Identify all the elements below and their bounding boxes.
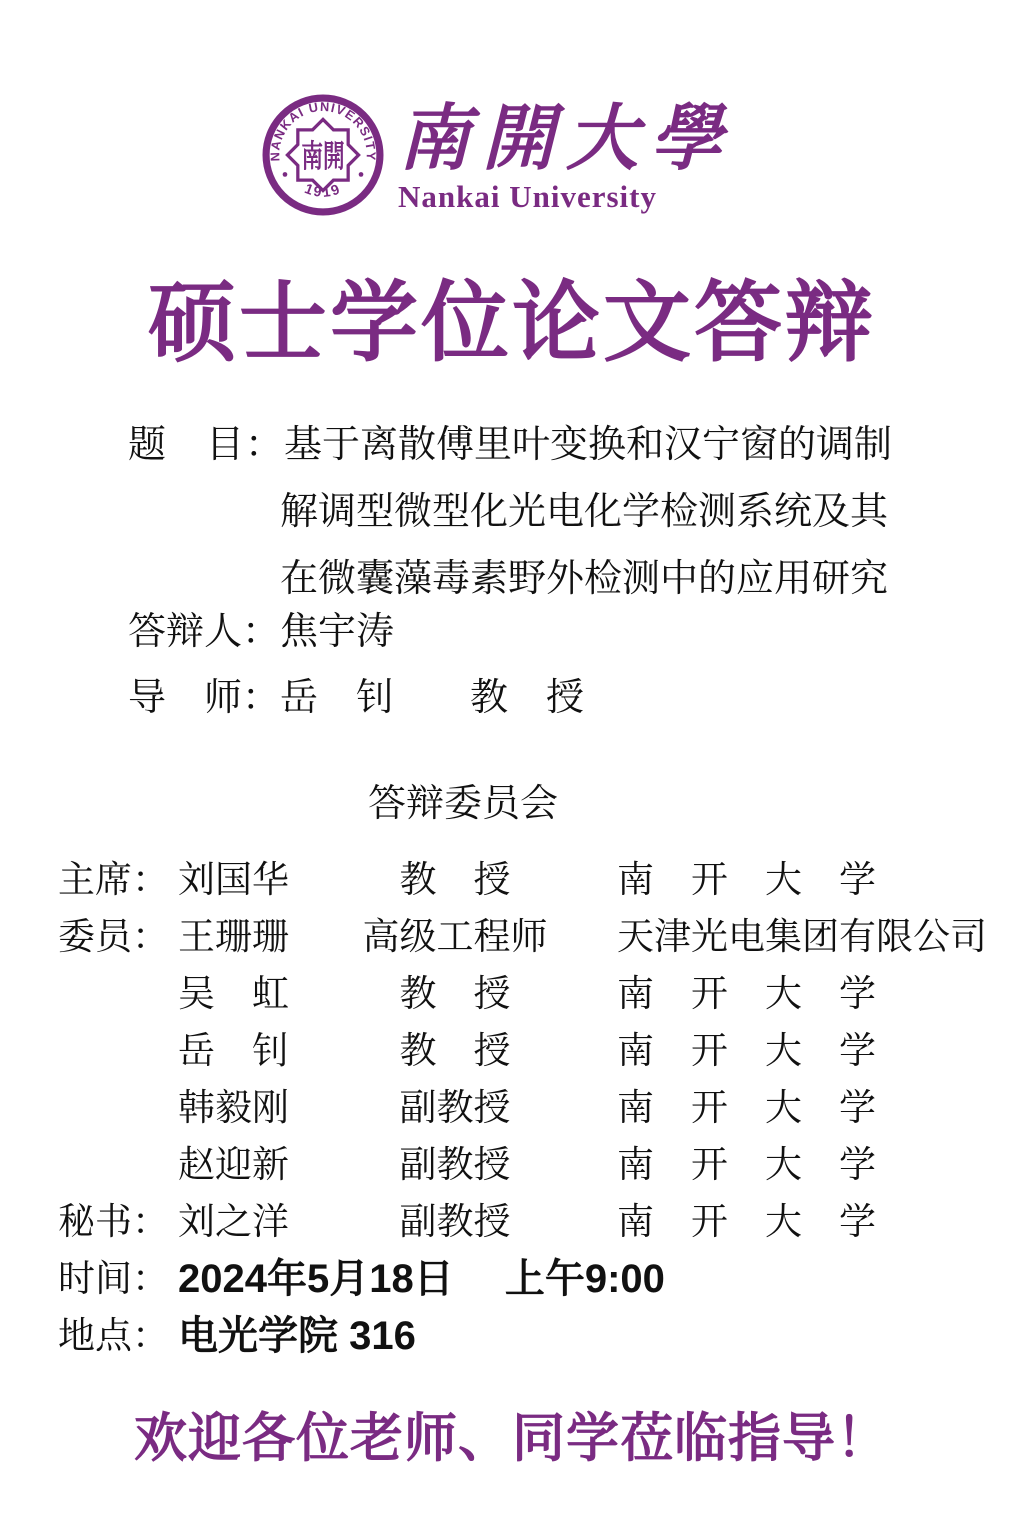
committee-member-name: 王珊珊	[178, 909, 360, 966]
thesis-defense-poster: NANKAI UNIVERSITY 1919 南開 南開大學 Nankai Un…	[0, 0, 1024, 1536]
committee-row-member: 岳 钊 教 授 南 开 大 学	[58, 1023, 988, 1080]
place-value: 电光学院 316	[178, 1308, 416, 1365]
committee-role: 秘书：	[58, 1194, 178, 1251]
committee-role	[58, 966, 178, 1023]
committee-row-secretary: 秘书： 刘之洋 副教授 南 开 大 学	[58, 1194, 988, 1251]
committee-row-member: 韩毅刚 副教授 南 开 大 学	[58, 1080, 988, 1137]
place-label: 地点：	[58, 1308, 178, 1365]
committee-member-title: 教 授	[360, 1023, 550, 1080]
committee-member-affiliation: 南 开 大 学	[617, 1137, 988, 1194]
committee-member-affiliation: 南 开 大 学	[617, 1080, 988, 1137]
thesis-topic-block: 题 目：基于离散傅里叶变换和汉宁窗的调制 解调型微型化光电化学检测系统及其 在微…	[128, 412, 892, 613]
committee-role	[58, 1080, 178, 1137]
committee-member-name: 赵迎新	[178, 1137, 360, 1194]
welcome-banner: 欢迎各位老师、同学莅临指导！	[0, 1406, 1024, 1472]
committee-member-title: 教 授	[360, 852, 550, 909]
committee-table: 主席： 刘国华 教 授 南 开 大 学 委员： 王珊珊 高级工程师 天津光电集团…	[58, 852, 988, 1365]
page-title: 硕士学位论文答辩	[0, 268, 1024, 378]
topic-label: 题 目：	[128, 424, 284, 466]
schedule-time-row: 时间： 2024年5月18日 上午9:00	[58, 1251, 988, 1308]
committee-member-title: 副教授	[360, 1194, 550, 1251]
committee-member-affiliation: 南 开 大 学	[617, 852, 988, 909]
committee-role	[58, 1023, 178, 1080]
committee-member-name: 岳 钊	[178, 1023, 360, 1080]
committee-row-member: 吴 虹 教 授 南 开 大 学	[58, 966, 988, 1023]
committee-member-title: 高级工程师	[360, 909, 550, 966]
committee-role: 主席：	[58, 852, 178, 909]
defender-line: 答辩人：焦宇涛	[128, 608, 394, 656]
committee-member-title: 教 授	[360, 966, 550, 1023]
time-label: 时间：	[58, 1251, 178, 1308]
committee-member-affiliation: 天津光电集团有限公司	[617, 909, 988, 966]
committee-member-name: 刘之洋	[178, 1194, 360, 1251]
seal-right-dot	[359, 172, 364, 177]
defender-label: 答辩人：	[128, 611, 280, 653]
seal-svg: NANKAI UNIVERSITY 1919 南開	[262, 94, 384, 216]
committee-member-affiliation: 南 开 大 学	[617, 1194, 988, 1251]
advisor-name-title: 岳 钊 教 授	[280, 677, 584, 719]
committee-member-name: 韩毅刚	[178, 1080, 360, 1137]
topic-text-1: 基于离散傅里叶变换和汉宁窗的调制	[284, 424, 892, 466]
schedule-place-row: 地点： 电光学院 316	[58, 1308, 988, 1365]
committee-member-title: 副教授	[360, 1080, 550, 1137]
committee-member-affiliation: 南 开 大 学	[617, 966, 988, 1023]
committee-role: 委员：	[58, 909, 178, 966]
nankai-university-seal-logo: NANKAI UNIVERSITY 1919 南開	[262, 94, 384, 216]
advisor-line: 导 师：岳 钊 教 授	[128, 674, 584, 722]
committee-row-chair: 主席： 刘国华 教 授 南 开 大 学	[58, 852, 988, 909]
defender-name: 焦宇涛	[280, 611, 394, 653]
committee-member-name: 刘国华	[178, 852, 360, 909]
topic-line-2: 解调型微型化光电化学检测系统及其	[128, 479, 892, 546]
committee-row-member: 赵迎新 副教授 南 开 大 学	[58, 1137, 988, 1194]
seal-left-dot	[283, 172, 288, 177]
committee-member-title: 副教授	[360, 1137, 550, 1194]
logo-wordmark: 南開大學 Nankai University	[398, 98, 734, 214]
time-value: 2024年5月18日 上午9:00	[178, 1251, 665, 1308]
committee-member-name: 吴 虹	[178, 966, 360, 1023]
committee-heading: 答辩委员会	[368, 780, 558, 828]
committee-role	[58, 1137, 178, 1194]
committee-row-member: 委员： 王珊珊 高级工程师 天津光电集团有限公司	[58, 909, 988, 966]
university-name-latin: Nankai University	[398, 180, 734, 214]
university-name-calligraphy: 南開大學	[398, 98, 734, 180]
topic-line-1: 题 目：基于离散傅里叶变换和汉宁窗的调制	[128, 412, 892, 479]
advisor-label: 导 师：	[128, 677, 280, 719]
topic-line-3: 在微囊藻毒素野外检测中的应用研究	[128, 546, 892, 613]
seal-center-characters: 南開	[301, 139, 344, 174]
committee-member-affiliation: 南 开 大 学	[617, 1023, 988, 1080]
